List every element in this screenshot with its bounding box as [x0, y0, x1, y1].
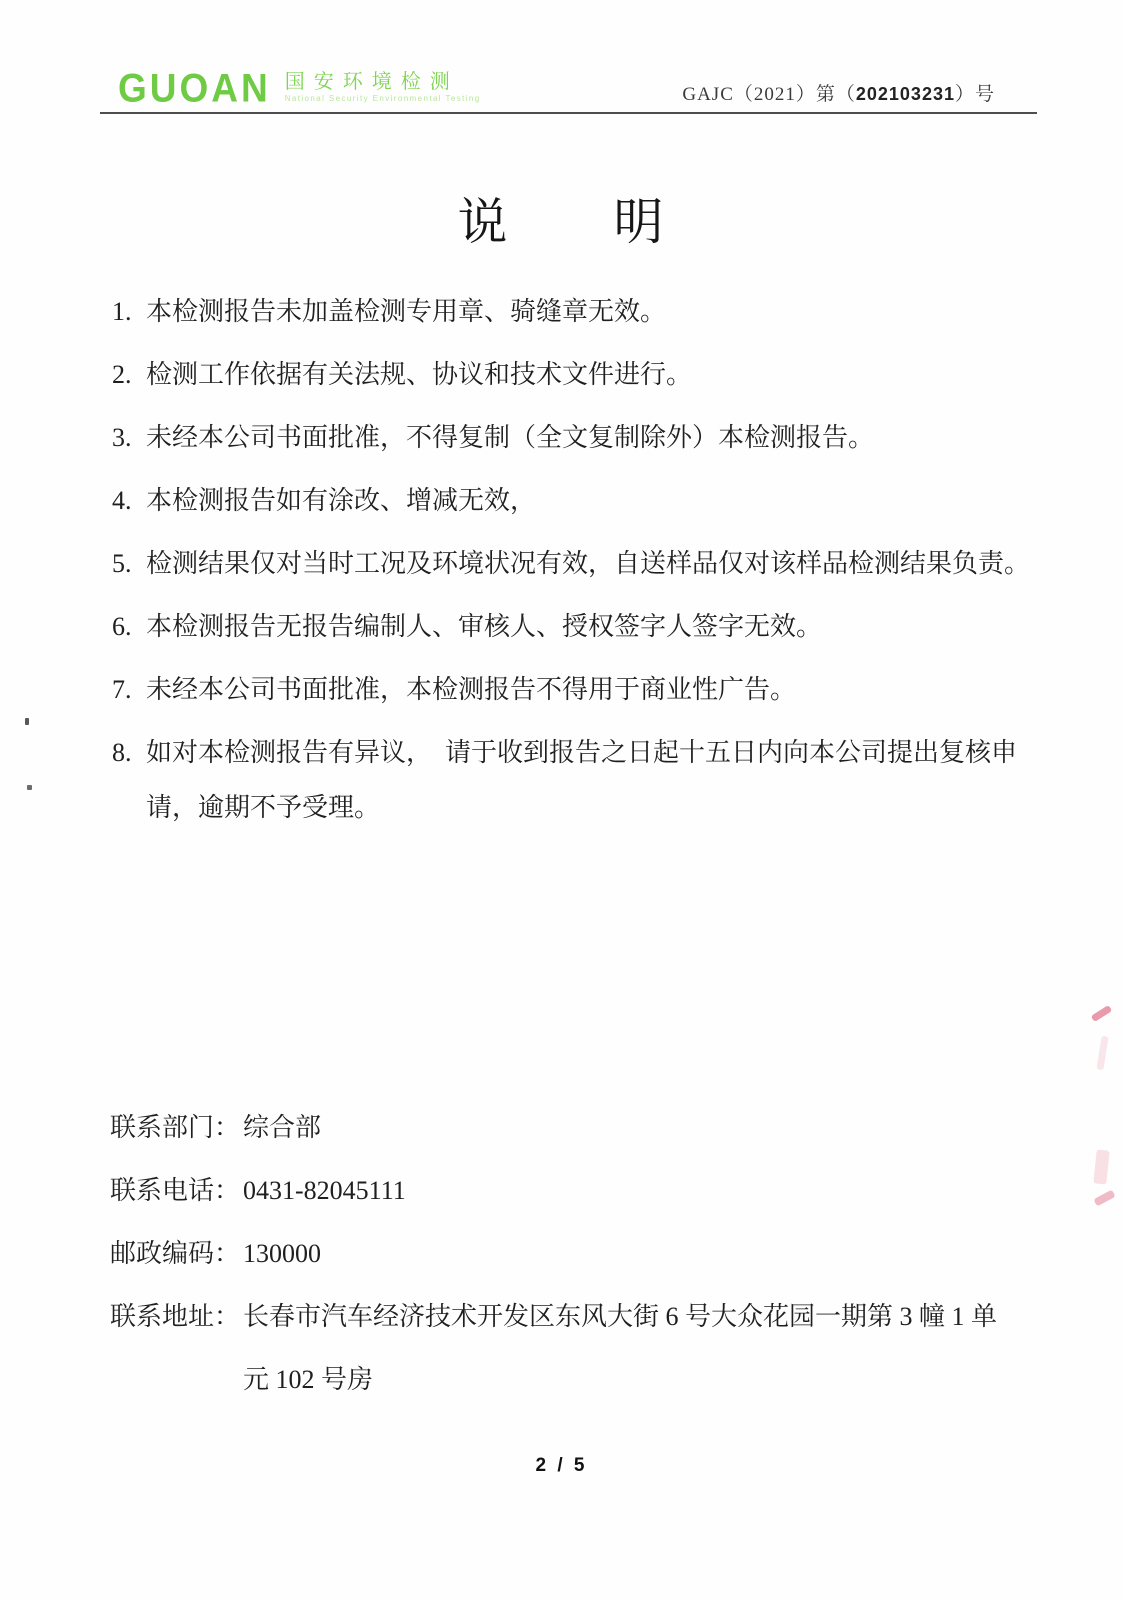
note-item-4: 4. 本检测报告如有涂改、增减无效，	[112, 469, 1030, 532]
note-text: 未经本公司书面批准，不得复制（全文复制除外）本检测报告。	[146, 406, 874, 469]
report-number-digits: 202103231	[856, 84, 955, 104]
note-item-6: 6. 本检测报告无报告编制人、审核人、授权签字人签字无效。	[112, 595, 1030, 658]
contact-label: 联系部门：	[110, 1096, 243, 1159]
page-number-indicator: 2 / 5	[0, 1455, 1123, 1477]
note-text: 如对本检测报告有异议， 请于收到报告之日起十五日内向本公司提出复核申	[146, 721, 1017, 784]
report-number-prefix: GAJC（2021）第（	[682, 84, 856, 105]
contact-postcode-row: 邮政编码： 130000	[110, 1222, 1030, 1285]
contact-address-continuation-row: 元 102 号房	[110, 1348, 1030, 1411]
scan-speck	[27, 785, 32, 790]
seal-fragment	[1093, 1149, 1109, 1184]
scan-speck	[25, 718, 29, 725]
contact-label: 邮政编码：	[110, 1222, 243, 1285]
note-text: 检测工作依据有关法规、协议和技术文件进行。	[146, 343, 692, 406]
note-number: 5.	[112, 532, 146, 595]
note-item-8: 8. 如对本检测报告有异议， 请于收到报告之日起十五日内向本公司提出复核申	[112, 721, 1030, 784]
contact-phone-row: 联系电话： 0431-82045111	[110, 1159, 1030, 1222]
note-number: 8.	[112, 721, 146, 784]
seal-fragment	[1093, 1190, 1115, 1207]
note-item-8-continuation: 请，逾期不予受理。	[112, 776, 1030, 839]
scanned-report-page: GUOAN 国安环境检测 National Security Environme…	[0, 0, 1123, 1600]
logo-chinese-name: 国安环境检测	[285, 72, 481, 92]
contact-value: 元 102 号房	[243, 1348, 373, 1411]
note-number: 6.	[112, 595, 146, 658]
contact-value: 130000	[243, 1222, 321, 1285]
note-text: 请，逾期不予受理。	[146, 776, 380, 839]
contact-label: 联系电话：	[110, 1159, 243, 1222]
contact-value: 长春市汽车经济技术开发区东风大街 6 号大众花园一期第 3 幢 1 单	[243, 1285, 997, 1348]
logo-text-block: 国安环境检测 National Security Environmental T…	[285, 68, 481, 103]
note-number: 3.	[112, 406, 146, 469]
report-number-suffix: ）号	[955, 84, 995, 105]
note-item-1: 1. 本检测报告未加盖检测专用章、骑缝章无效。	[112, 280, 1030, 343]
note-item-3: 3. 未经本公司书面批准，不得复制（全文复制除外）本检测报告。	[112, 406, 1030, 469]
note-item-2: 2. 检测工作依据有关法规、协议和技术文件进行。	[112, 343, 1030, 406]
note-number: 7.	[112, 658, 146, 721]
note-text: 检测结果仅对当时工况及环境状况有效，自送样品仅对该样品检测结果负责。	[146, 532, 1030, 595]
contact-address-row: 联系地址： 长春市汽车经济技术开发区东风大街 6 号大众花园一期第 3 幢 1 …	[110, 1285, 1030, 1348]
page-title: 说 明	[0, 182, 1123, 254]
note-text: 本检测报告如有涂改、增减无效，	[146, 469, 536, 532]
contact-info: 联系部门： 综合部 联系电话： 0431-82045111 邮政编码： 1300…	[110, 1096, 1030, 1411]
contact-value: 0431-82045111	[243, 1159, 406, 1222]
note-number: 2.	[112, 343, 146, 406]
contact-value: 综合部	[243, 1096, 321, 1159]
note-number: 1.	[112, 280, 146, 343]
contact-label: 联系地址：	[110, 1285, 243, 1348]
company-logo: GUOAN 国安环境检测 National Security Environme…	[118, 68, 481, 105]
seal-fragment	[1096, 1036, 1108, 1071]
logo-latin-wordmark: GUOAN	[118, 68, 271, 108]
note-text: 未经本公司书面批准，本检测报告不得用于商业性广告。	[146, 658, 796, 721]
note-item-7: 7. 未经本公司书面批准，本检测报告不得用于商业性广告。	[112, 658, 1030, 721]
contact-department-row: 联系部门： 综合部	[110, 1096, 1030, 1159]
header-divider	[100, 112, 1037, 114]
note-number: 4.	[112, 469, 146, 532]
note-text: 本检测报告无报告编制人、审核人、授权签字人签字无效。	[146, 595, 822, 658]
note-item-5: 5. 检测结果仅对当时工况及环境状况有效，自送样品仅对该样品检测结果负责。	[112, 532, 1030, 595]
note-text: 本检测报告未加盖检测专用章、骑缝章无效。	[146, 280, 666, 343]
logo-english-subtitle: National Security Environmental Testing	[285, 95, 481, 103]
seal-fragment	[1091, 1005, 1113, 1022]
notes-list: 1. 本检测报告未加盖检测专用章、骑缝章无效。 2. 检测工作依据有关法规、协议…	[112, 280, 1030, 839]
report-number: GAJC（2021）第（202103231）号	[682, 79, 995, 106]
